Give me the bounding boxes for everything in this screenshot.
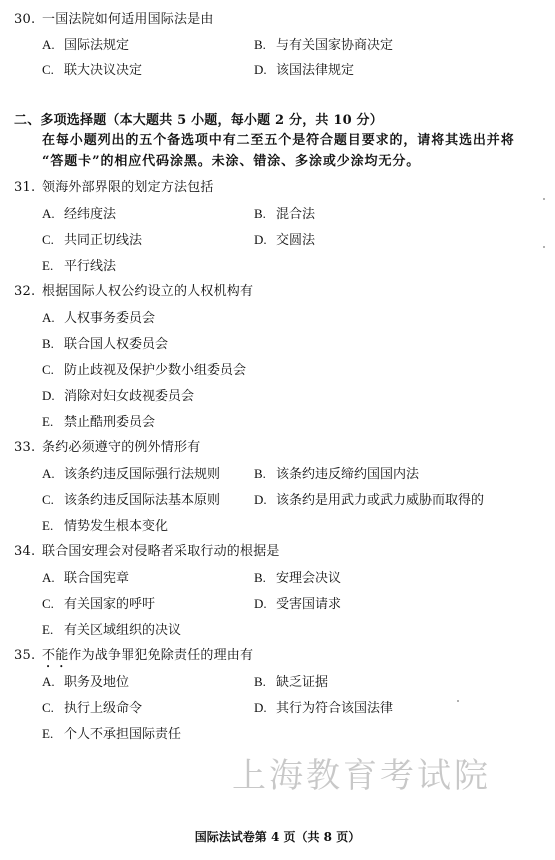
option-b: B.与有关国家协商决定	[254, 37, 393, 54]
option-e: E.禁止酷刑委员会	[42, 414, 155, 431]
option-c: C.该条约违反国际法基本原则	[42, 492, 220, 509]
option-a: A.联合国宪章	[42, 570, 129, 587]
option-a: A.人权事务委员会	[42, 310, 155, 327]
option-a: A.该条约违反国际强行法规则	[42, 466, 220, 483]
option-d: D.消除对妇女歧视委员会	[42, 388, 194, 405]
option-d: D.交圆法	[254, 232, 315, 249]
question-text: 不能作为战争罪犯免除责任的理由有	[42, 648, 253, 671]
option-d: D.受害国请求	[254, 596, 341, 613]
option-b: B.该条约违反缔约国国内法	[254, 466, 419, 483]
question-text: 一国法院如何适用国际法是由	[42, 12, 214, 28]
question-number: 34.	[14, 544, 35, 560]
option-a: A.经纬度法	[42, 206, 116, 223]
question-number: 33.	[14, 440, 35, 456]
option-d: D.其行为符合该国法律	[254, 700, 393, 717]
option-a: A.国际法规定	[42, 37, 129, 54]
scan-speck	[457, 700, 459, 702]
page-footer: 国际法试卷第 4 页（共 8 页）	[0, 828, 555, 845]
option-e: E.个人不承担国际责任	[42, 726, 181, 743]
option-a: A.职务及地位	[42, 674, 129, 691]
question-text: 条约必须遵守的例外情形有	[42, 440, 200, 456]
option-b: B.联合国人权委员会	[42, 336, 168, 353]
option-c: C.联大决议决定	[42, 62, 142, 79]
option-c: C.执行上级命令	[42, 700, 142, 717]
option-e: E.平行线法	[42, 258, 116, 275]
option-e: E.有关区域组织的决议	[42, 622, 181, 639]
option-c: C.共同正切线法	[42, 232, 142, 249]
scan-speck	[543, 198, 545, 200]
watermark: 上海教育考试院	[232, 748, 491, 797]
section-instruction-1: 在每小题列出的五个备选项中有二至五个是符合题目要求的，请将其选出并将	[42, 133, 515, 149]
option-d: D.该国法律规定	[254, 62, 354, 79]
option-b: B.缺乏证据	[254, 674, 328, 691]
option-e: E.情势发生根本变化	[42, 518, 168, 535]
option-c: C.防止歧视及保护少数小组委员会	[42, 362, 246, 379]
question-text: 联合国安理会对侵略者采取行动的根据是	[42, 544, 280, 560]
question-number: 30.	[14, 12, 35, 28]
question-number: 31.	[14, 180, 35, 196]
question-text: 根据国际人权公约设立的人权机构有	[42, 284, 253, 300]
exam-page: 30. 一国法院如何适用国际法是由 A.国际法规定 B.与有关国家协商决定 C.…	[0, 0, 555, 860]
question-number: 32.	[14, 284, 35, 300]
question-text: 领海外部界限的划定方法包括	[42, 180, 214, 196]
option-b: B.混合法	[254, 206, 315, 223]
scan-speck	[543, 246, 545, 248]
section-instruction-2: “答题卡”的相应代码涂黑。未涂、错涂、多涂或少涂均无分。	[42, 154, 420, 170]
section-heading: 二、多项选择题（本大题共 5 小题，每小题 2 分，共 10 分）	[14, 113, 383, 129]
option-b: B.安理会决议	[254, 570, 341, 587]
emphasis-text: 不能	[42, 648, 68, 663]
question-number: 35.	[14, 648, 35, 664]
option-c: C.有关国家的呼吁	[42, 596, 155, 613]
option-d: D.该条约是用武力或武力威胁而取得的	[254, 492, 484, 509]
